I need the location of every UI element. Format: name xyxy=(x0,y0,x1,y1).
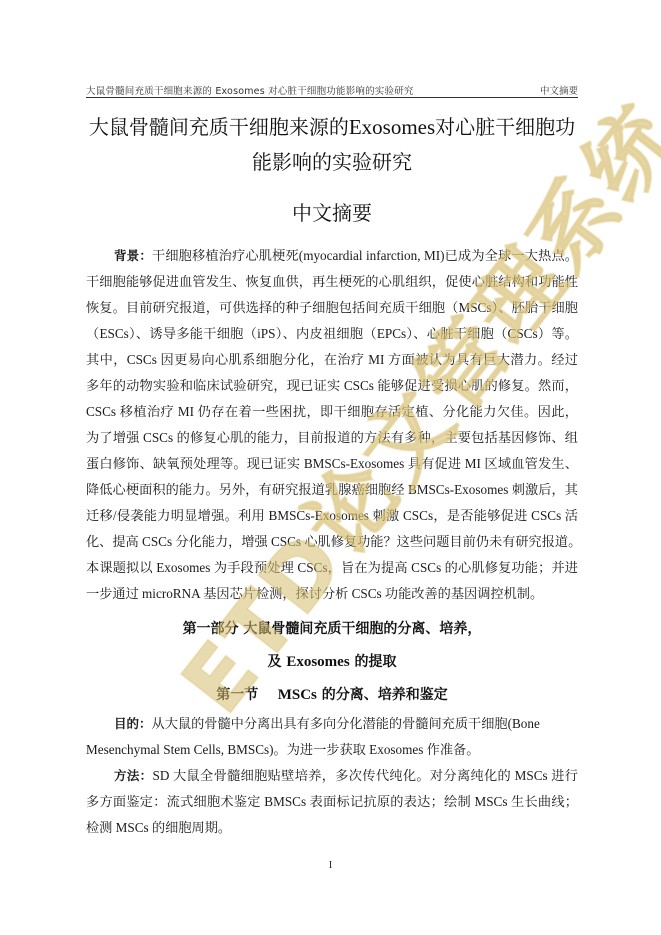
title-text-en: Exosomes xyxy=(349,115,435,139)
paragraph-text: 从大鼠的骨髓中分离出具有多向分化潜能的骨髓间充质干细胞(Bone xyxy=(152,716,540,731)
title-text: 对心脏干细胞功 xyxy=(435,115,575,139)
methods-line: 方法：SD 大鼠全骨髓细胞贴壁培养，多次传代纯化。对分离纯化的 MSCs 进行 xyxy=(86,768,578,784)
thesis-title-line-2: 能影响的实验研究 xyxy=(86,146,578,175)
section-1-title: 第一节 MSCs 的分离、培养和鉴定 xyxy=(86,684,578,704)
paragraph-text: 干细胞移植治疗心肌梗死(myocardial infarction, MI)已成… xyxy=(152,248,578,263)
background-line: 迁移/侵袭能力明显增强。利用 BMSCs-Exosomes 刺激 CSCs，是否… xyxy=(86,508,578,524)
background-line: 本课题拟以 Exosomes 为手段预处理 CSCs，旨在为提高 CSCs 的心… xyxy=(86,560,578,576)
running-header: 大鼠骨髓间充质干细胞来源的 Exosomes 对心脏干细胞功能影响的实验研究 中… xyxy=(86,81,578,98)
methods-line: 检测 MSCs 的细胞周期。 xyxy=(86,820,578,836)
background-line: （ESCs）、诱导多能干细胞（iPS）、内皮祖细胞（EPCs）、心脏干细胞（CS… xyxy=(86,326,578,342)
background-line: 背景：干细胞移植治疗心肌梗死(myocardial infarction, MI… xyxy=(86,248,578,264)
heading-text: 的分离、培养和鉴定 xyxy=(322,687,448,703)
heading-text-en: Exosomes xyxy=(286,654,349,670)
objective-line: 目的：从大鼠的骨髓中分离出具有多向分化潜能的骨髓间充质干细胞(Bone xyxy=(86,716,578,732)
running-title: 大鼠骨髓间充质干细胞来源的 Exosomes 对心脏干细胞功能影响的实验研究 xyxy=(86,83,414,97)
background-line: 降低心梗面积的能力。另外，有研究报道乳腺癌细胞经 BMSCs-Exosomes … xyxy=(86,482,578,498)
abstract-heading: 中文摘要 xyxy=(86,197,578,226)
objective-label: 目的： xyxy=(114,716,152,731)
part-1-title-line-2: 及 Exosomes 的提取 xyxy=(86,651,578,671)
document-page: 大鼠骨髓间充质干细胞来源的 Exosomes 对心脏干细胞功能影响的实验研究 中… xyxy=(0,0,661,935)
heading-text: 及 xyxy=(267,654,281,670)
background-line: 干细胞能够促进血管发生、恢复血供，再生梗死的心肌组织，促使心脏结构和功能性 xyxy=(86,274,578,290)
background-line: 化、提高 CSCs 分化能力，增强 CSCs 心肌修复功能？这些问题目前仍未有研… xyxy=(86,534,578,550)
title-text: 大鼠骨髓间充质干细胞来源的 xyxy=(89,115,349,139)
background-line: 多年的动物实验和临床试验研究，现已证实 CSCs 能够促进受损心肌的修复。然而， xyxy=(86,378,578,394)
paragraph-text: SD 大鼠全骨髓细胞贴壁培养，多次传代纯化。对分离纯化的 MSCs 进行 xyxy=(153,768,578,783)
methods-line: 多方面鉴定：流式细胞术鉴定 BMSCs 表面标记抗原的表达；绘制 MSCs 生长… xyxy=(86,794,578,810)
background-line: CSCs 移植治疗 MI 仍存在着一些困扰，即干细胞存活定植、分化能力欠佳。因此… xyxy=(86,404,578,420)
background-label: 背景： xyxy=(114,248,152,263)
background-line: 其中，CSCs 因更易向心肌系细胞分化，在治疗 MI 方面被认为具有巨大潜力。经… xyxy=(86,352,578,368)
methods-label: 方法： xyxy=(114,768,153,783)
background-line: 蛋白修饰、缺氧预处理等。现已证实 BMSCs-Exosomes 具有促进 MI … xyxy=(86,456,578,472)
thesis-title-line-1: 大鼠骨髓间充质干细胞来源的Exosomes对心脏干细胞功 xyxy=(86,111,578,140)
page-number: I xyxy=(0,860,661,871)
background-line: 为了增强 CSCs 的修复心肌的能力，目前报道的方法有多种，主要包括基因修饰、组 xyxy=(86,430,578,446)
heading-text: 的提取 xyxy=(355,654,397,670)
heading-text: 第一节 xyxy=(216,687,258,703)
part-1-title-line-1: 第一部分 大鼠骨髓间充质干细胞的分离、培养， xyxy=(86,618,578,638)
objective-line: Mesenchymal Stem Cells, BMSCs)。为进一步获取 Ex… xyxy=(86,742,578,758)
background-line: 一步通过 microRNA 基因芯片检测，探讨分析 CSCs 功能改善的基因调控… xyxy=(86,586,578,602)
heading-text-en: MSCs xyxy=(278,687,317,703)
background-line: 恢复。目前研究报道，可供选择的种子细胞包括间充质干细胞（MSCs）、胚胎干细胞 xyxy=(86,300,578,316)
section-label: 中文摘要 xyxy=(540,83,578,97)
